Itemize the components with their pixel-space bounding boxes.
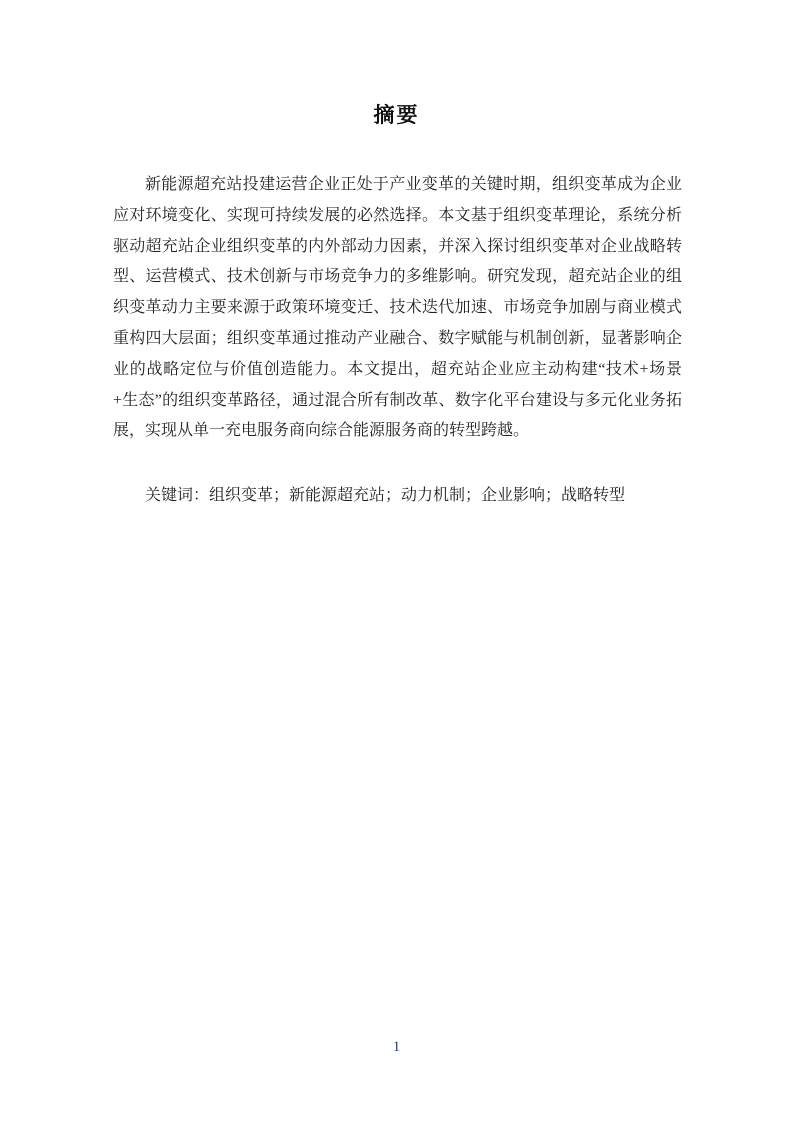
- abstract-paragraph: 新能源超充站投建运营企业正处于产业变革的关键时期，组织变革成为企业应对环境变化、…: [113, 170, 682, 447]
- document-page: 摘要 新能源超充站投建运营企业正处于产业变革的关键时期，组织变革成为企业应对环境…: [0, 0, 793, 1122]
- abstract-title: 摘要: [0, 99, 793, 129]
- page-number: 1: [0, 1038, 793, 1056]
- keywords-line: 关键词：组织变革；新能源超充站；动力机制；企业影响；战略转型: [113, 481, 682, 512]
